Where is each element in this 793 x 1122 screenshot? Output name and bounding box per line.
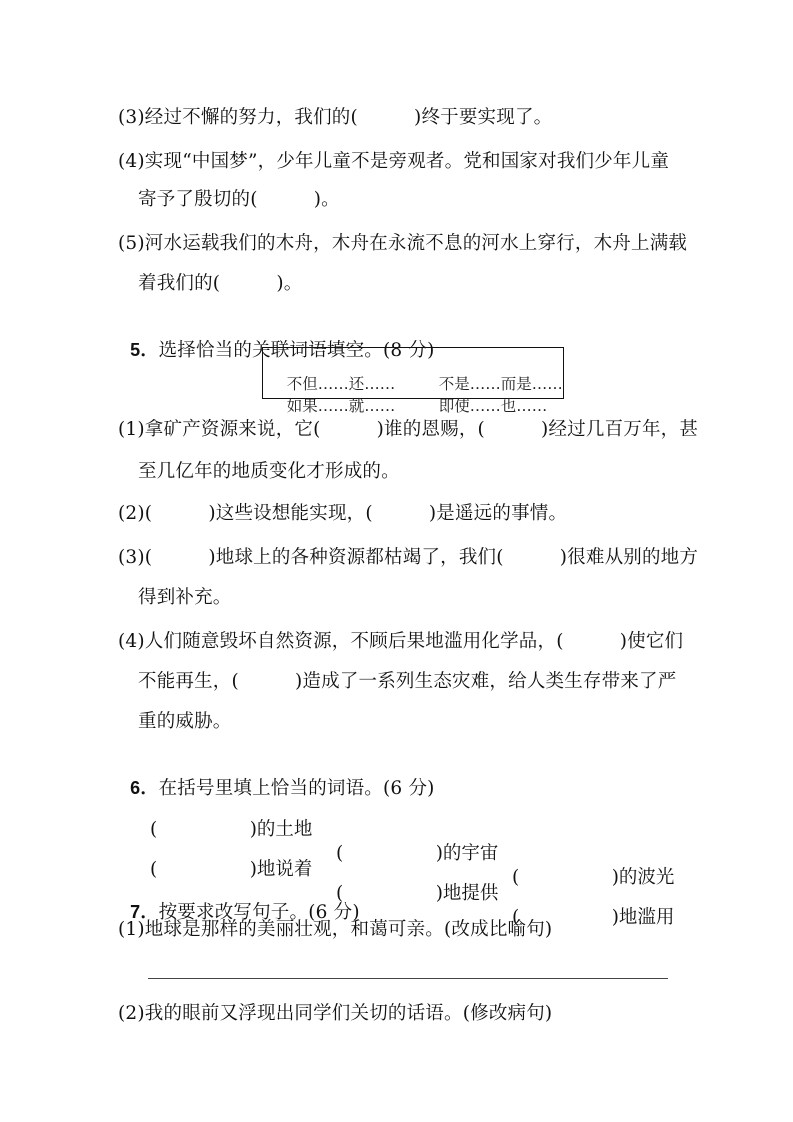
fill-blank-item: ( )的土地 xyxy=(150,818,312,842)
q5-number: 5． xyxy=(130,340,158,360)
q7-item-1: (1)地球是那样的美丽壮观，和蔼可亲。(改成比喻句) xyxy=(118,918,552,942)
q5-item-4: (4)人们随意毁坏自然资源，不顾后果地滥用化学品，( )使它们 xyxy=(118,630,683,654)
answer-line[interactable] xyxy=(148,978,668,979)
fill-blank-item: ( )的波光 xyxy=(512,866,674,890)
q5-item-1-continued: 至几亿年的地质变化才形成的。 xyxy=(138,460,400,484)
q5-item-1: (1)拿矿产资源来说，它( )谁的恩赐，( )经过几百万年，甚 xyxy=(118,418,698,442)
word-option: 即使……也…… xyxy=(439,395,548,417)
q4-item-4: (4)实现“中国梦”，少年儿童不是旁观者。党和国家对我们少年儿童 xyxy=(118,150,669,174)
q4-item-5: (5)河水运载我们的木舟，木舟在永流不息的河水上穿行，木舟上满载 xyxy=(118,232,687,256)
q5-item-4-continued-2: 重的威胁。 xyxy=(138,710,232,734)
q5-item-2: (2)( )这些设想能实现，( )是遥远的事情。 xyxy=(118,502,567,526)
word-option: 如果……就…… xyxy=(287,395,439,417)
q5-item-4-continued: 不能再生，( )造成了一系列生态灾难，给人类生存带来了严 xyxy=(138,670,676,694)
q4-item-4-continued: 寄予了殷切的( )。 xyxy=(138,188,340,212)
q5-item-3: (3)( )地球上的各种资源都枯竭了，我们( )很难从别的地方 xyxy=(118,546,698,570)
fill-blank-item: ( )的宇宙 xyxy=(336,842,498,866)
q4-item-3: (3)经过不懈的努力，我们的( )终于要实现了。 xyxy=(118,106,552,130)
q6-heading: 6．在括号里填上恰当的词语。(6 分) xyxy=(118,752,435,801)
q7-item-2: (2)我的眼前又浮现出同学们关切的话语。(修改病句) xyxy=(118,1002,552,1026)
q6-title: 在括号里填上恰当的词语。(6 分) xyxy=(159,778,435,799)
fill-blank-item: ( )地提供 xyxy=(336,882,498,906)
q5-item-3-continued: 得到补充。 xyxy=(138,586,232,610)
conjunction-word-box: 不但……还……不是……而是…… 如果……就……即使……也…… xyxy=(262,347,564,399)
q4-item-5-continued: 着我们的( )。 xyxy=(138,272,302,296)
